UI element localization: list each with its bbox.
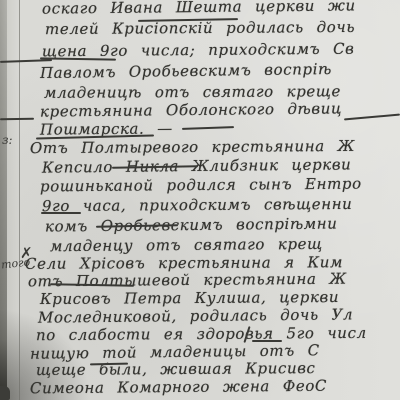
- trailing-dash: [182, 126, 234, 130]
- manuscript-line: крестьянина Оболонского дѣвиц: [40, 99, 342, 120]
- manuscript-line: Павломъ Оробьевскимъ воспріѣ: [40, 60, 332, 82]
- manuscript-line: младеницѣ отъ святаго креще: [44, 82, 341, 102]
- manuscript-line: Симеона Комарного жена ФеоС: [30, 377, 327, 398]
- margin-numeral: з:: [2, 133, 13, 147]
- manuscript-page: оскаго Ивана Шешта церкви жи телей Крисі…: [0, 0, 400, 400]
- ink-blot: [0, 386, 10, 400]
- underline-stroke: [344, 114, 400, 121]
- underline-stroke: [252, 340, 282, 342]
- manuscript-line: Отъ Полтыревого крестьянина Ж: [30, 137, 355, 157]
- manuscript-line: младенцу отъ святаго крещ: [50, 235, 323, 255]
- manuscript-line: комъ Оробьевскимъ воспріѣмни: [45, 214, 338, 235]
- manuscript-line: 9го часа, приходскимъ свѣщенни: [42, 195, 353, 215]
- manuscript-line: оскаго Ивана Шешта церкви жи: [42, 0, 356, 18]
- margin-dash: [0, 59, 52, 63]
- manuscript-line: телей Крисіопскій родилась дочь: [45, 18, 355, 38]
- margin-dash: [0, 118, 34, 121]
- underline-stroke: [41, 212, 81, 214]
- manuscript-line: щеще были, жившая Крисивс: [36, 359, 316, 379]
- manuscript-line: рошиньканой родился сынъ Ентро: [40, 175, 362, 196]
